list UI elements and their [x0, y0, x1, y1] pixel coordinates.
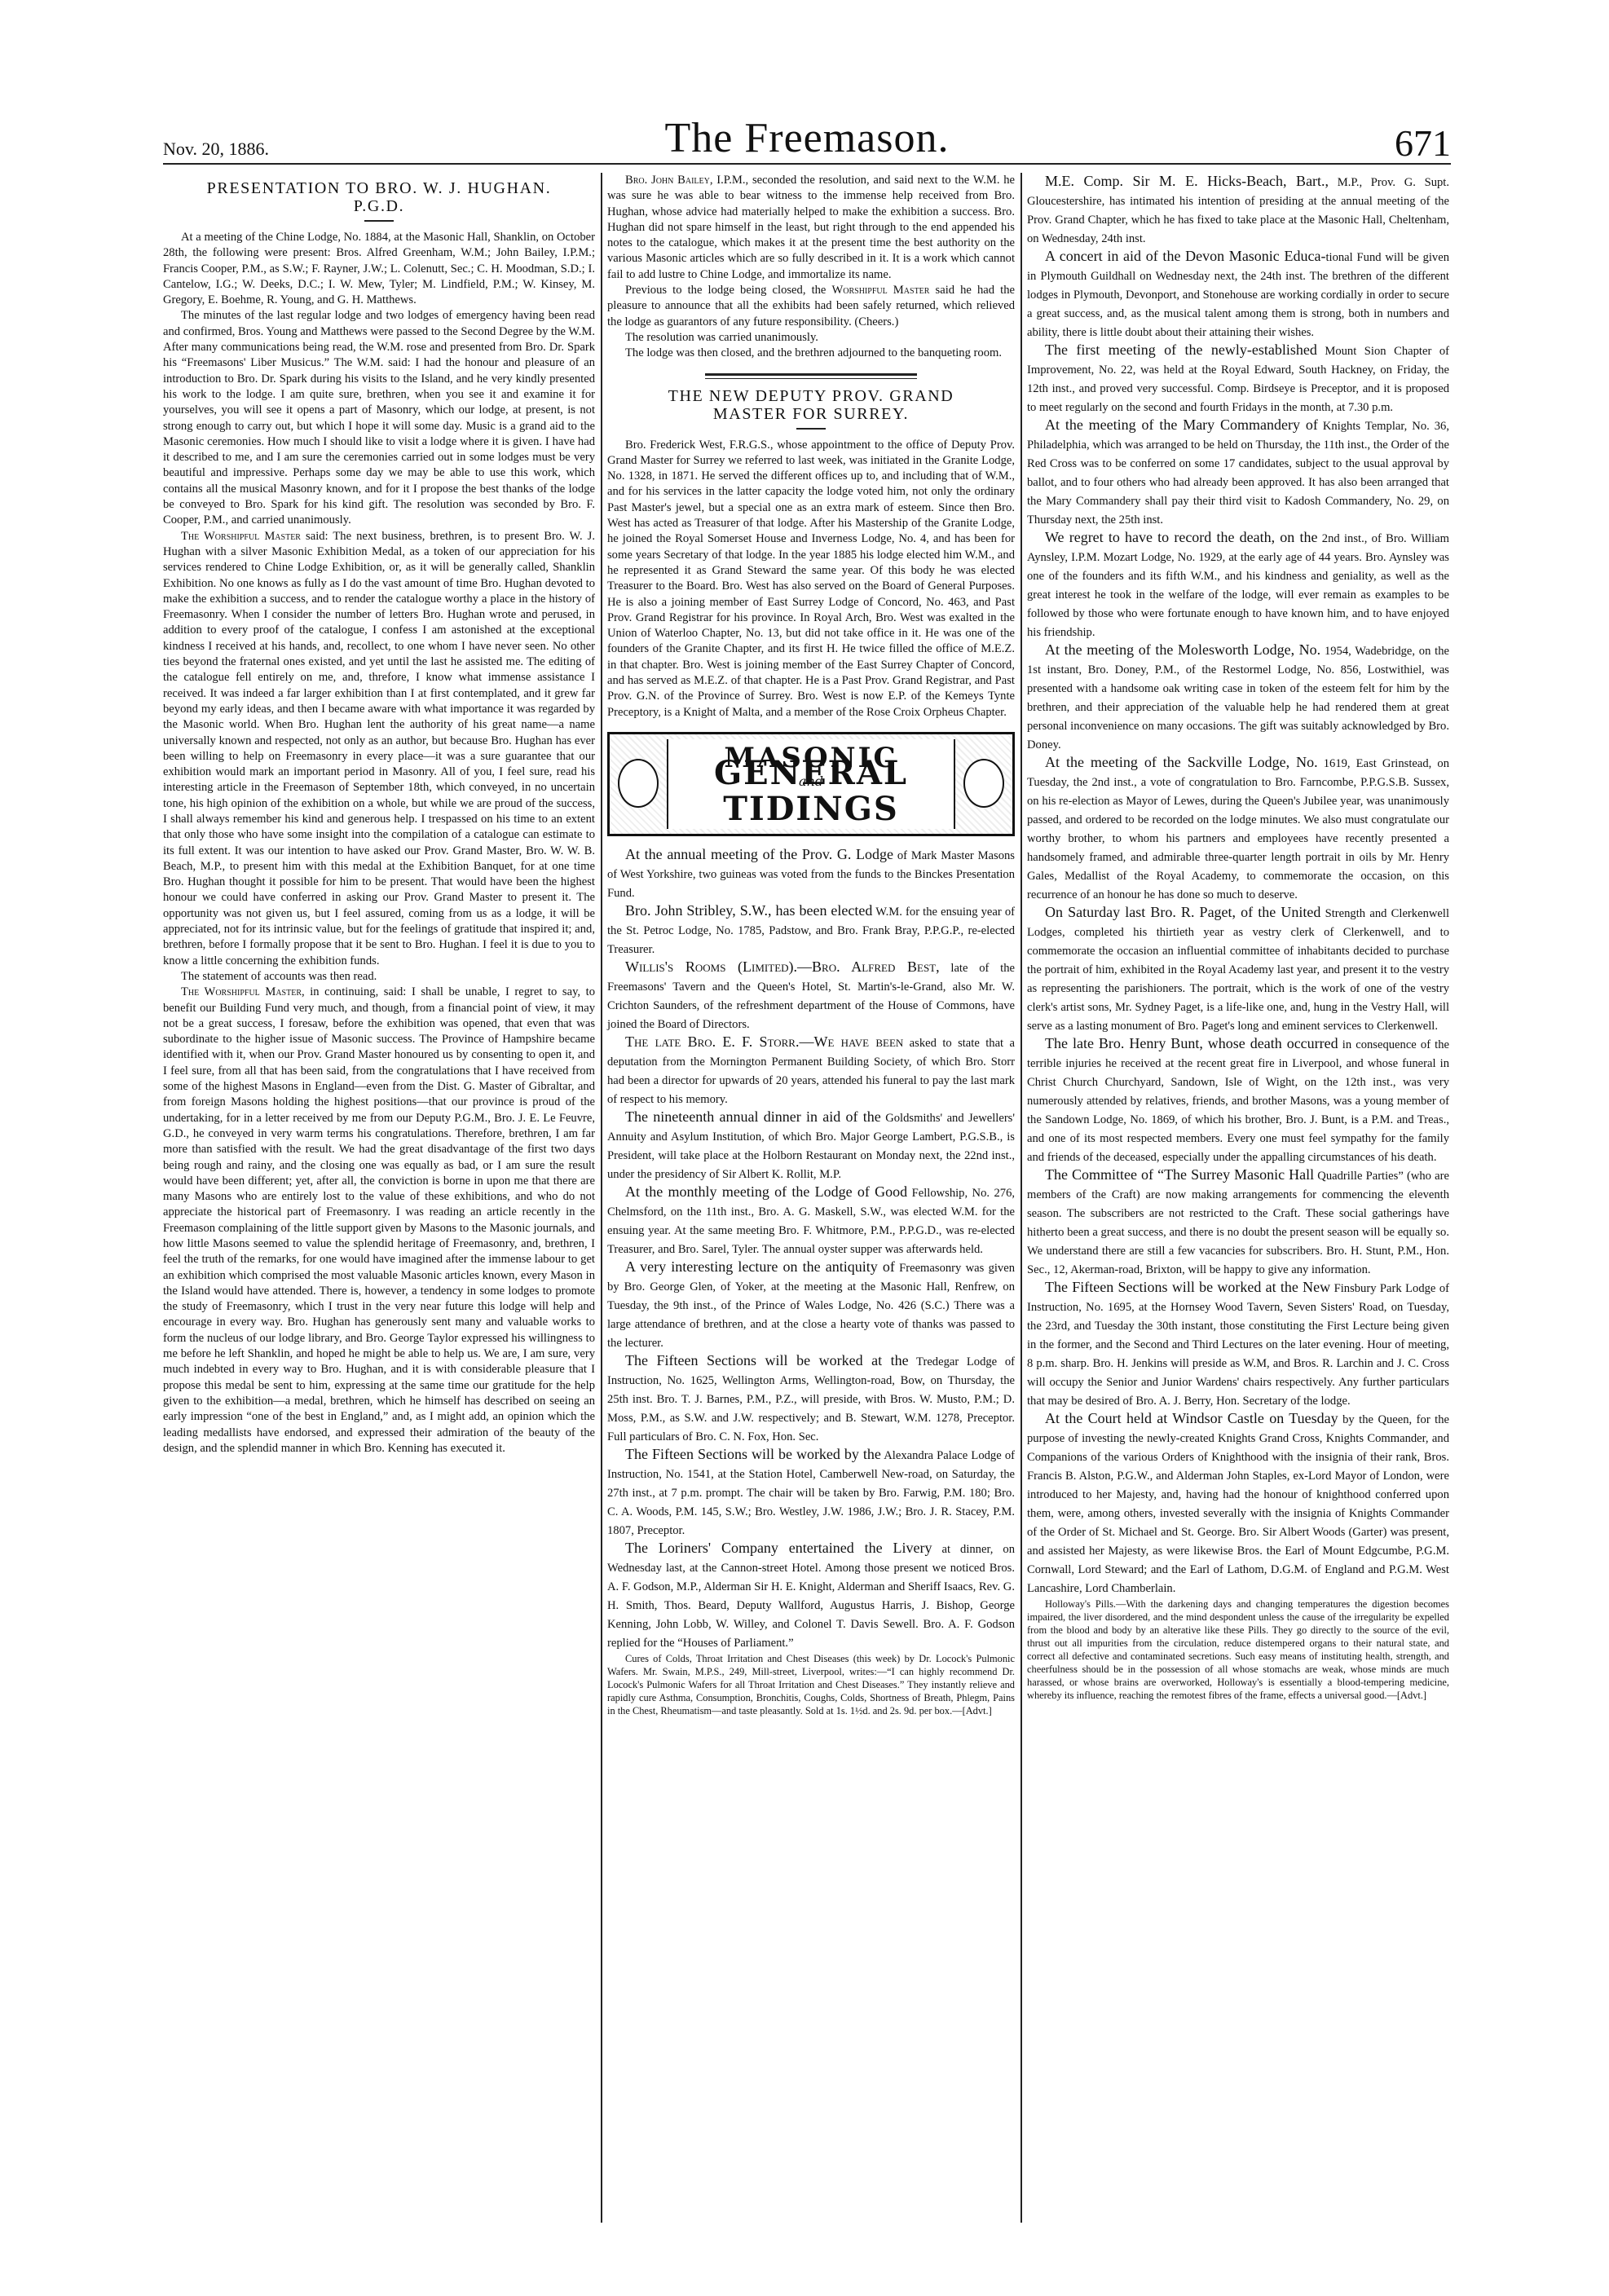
- headline-line: PRESENTATION TO BRO. W. J. HUGHAN.: [207, 179, 552, 197]
- column-3: M.E. Comp. Sir M. E. Hicks-Beach, Bart.,…: [1027, 173, 1449, 2235]
- news-lead: The late Bro. Henry Bunt, whose death oc…: [1045, 1035, 1338, 1051]
- news-lead: At the monthly meeting of the Lodge of G…: [625, 1183, 907, 1200]
- news-lead: M.E. Comp. Sir M. E. Hicks-Beach, Bart.,: [1045, 173, 1329, 189]
- news-text: 1954, Wadebridge, on the 1st instant, Br…: [1027, 645, 1449, 751]
- paragraph: The Worshipful Master said: The next bus…: [163, 529, 595, 969]
- news-lead: At the meeting of the Mary Commandery of: [1045, 416, 1318, 433]
- news-lead: Willis's Rooms (Limited).—Bro. Alfred Be…: [625, 959, 940, 975]
- news-lead: The Loriners' Company entertained the Li…: [625, 1540, 932, 1556]
- paragraph: The resolution was carried unanimously.: [607, 330, 1015, 346]
- news-text: Knights Templar, No. 36, Philadelphia, w…: [1027, 420, 1449, 527]
- news-item: The Loriners' Company entertained the Li…: [607, 1540, 1015, 1652]
- news-text: Alexandra Palace Lodge of Instruction, N…: [607, 1449, 1015, 1537]
- news-lead: At the meeting of the Molesworth Lodge, …: [1045, 641, 1320, 658]
- masthead: Nov. 20, 1886. The Freemason. 671: [163, 106, 1451, 165]
- newspaper-title: The Freemason.: [163, 114, 1451, 163]
- banner-panel: MASONIC and GENERAL TIDINGS: [667, 739, 955, 829]
- news-item: The first meeting of the newly-establish…: [1027, 342, 1449, 416]
- news-lead: The late Bro. E. F. Storr.—We have been: [625, 1033, 903, 1050]
- ornament-icon: [618, 759, 659, 808]
- paragraph: The statement of accounts was then read.: [163, 969, 595, 985]
- paragraph: The minutes of the last regular lodge an…: [163, 308, 595, 528]
- news-lead: The Fifteen Sections will be worked at t…: [625, 1352, 909, 1368]
- news-lead: The Fifteen Sections will be worked at t…: [1045, 1279, 1330, 1295]
- masonic-tidings-banner: MASONIC and GENERAL TIDINGS: [607, 732, 1015, 836]
- news-item: At the meeting of the Mary Commandery of…: [1027, 416, 1449, 529]
- news-item: The Fifteen Sections will be worked at t…: [1027, 1279, 1449, 1410]
- speaker-lead: The Worshipful Master: [181, 985, 302, 998]
- news-lead: The Committee of “The Surrey Masonic Hal…: [1045, 1166, 1314, 1183]
- paragraph-text: , I.P.M., seconded the resolution, and s…: [607, 174, 1015, 281]
- news-item: The late Bro. E. F. Storr.—We have been …: [607, 1033, 1015, 1108]
- news-item: The nineteenth annual dinner in aid of t…: [607, 1108, 1015, 1183]
- news-item: At the annual meeting of the Prov. G. Lo…: [607, 846, 1015, 902]
- paragraph: The Worshipful Master, in continuing, sa…: [163, 985, 595, 1456]
- news-lead: A very interesting lecture on the antiqu…: [625, 1258, 895, 1275]
- news-item: At the meeting of the Sackville Lodge, N…: [1027, 754, 1449, 904]
- news-item: We regret to have to record the death, o…: [1027, 529, 1449, 641]
- news-text: Finsbury Park Lodge of Instruction, No. …: [1027, 1282, 1449, 1408]
- paragraph: The lodge was then closed, and the breth…: [607, 346, 1015, 361]
- news-item: The late Bro. Henry Bunt, whose death oc…: [1027, 1035, 1449, 1166]
- news-lead: A concert in aid of the Devon Masonic Ed…: [1045, 248, 1325, 264]
- paragraph-text: Previous to the lodge being closed, the: [625, 284, 831, 297]
- news-lead: On Saturday last Bro. R. Paget, of the U…: [1045, 904, 1320, 920]
- news-text: Strength and Clerkenwell Lodges, complet…: [1027, 907, 1449, 1033]
- advertisement: Holloway's Pills.—With the darkening day…: [1027, 1598, 1449, 1702]
- news-text: Freemasonry was given by Bro. George Gle…: [607, 1262, 1015, 1350]
- news-lead: At the meeting of the Sackville Lodge, N…: [1045, 754, 1318, 770]
- paragraph: Bro. Frederick West, F.R.G.S., whose app…: [607, 438, 1015, 721]
- news-text: in consequence of the terrible injuries …: [1027, 1038, 1449, 1164]
- news-item: M.E. Comp. Sir M. E. Hicks-Beach, Bart.,…: [1027, 173, 1449, 248]
- section-dash: [796, 428, 826, 430]
- page-number: 671: [1395, 121, 1451, 165]
- news-item: At the Court held at Windsor Castle on T…: [1027, 1410, 1449, 1598]
- advertisement: Cures of Colds, Throat Irritation and Ch…: [607, 1652, 1015, 1717]
- news-lead: At the Court held at Windsor Castle on T…: [1045, 1410, 1338, 1426]
- speaker-lead: Worshipful Master: [831, 284, 929, 297]
- news-text: Quadrille Parties” (who are members of t…: [1027, 1170, 1449, 1276]
- ornament-icon: [963, 759, 1004, 808]
- speaker-lead: The Worshipful Master: [181, 530, 301, 543]
- news-item: On Saturday last Bro. R. Paget, of the U…: [1027, 904, 1449, 1035]
- news-item: The Fifteen Sections will be worked by t…: [607, 1446, 1015, 1540]
- section-divider: [705, 373, 917, 379]
- news-item: A concert in aid of the Devon Masonic Ed…: [1027, 248, 1449, 342]
- headline-line: THE NEW DEPUTY PROV. GRAND: [668, 387, 954, 405]
- news-lead: At the annual meeting of the Prov. G. Lo…: [625, 846, 893, 862]
- headline-line: MASTER FOR SURREY.: [607, 405, 1015, 423]
- news-text: 1619, East Grinstead, on Tuesday, the 2n…: [1027, 757, 1449, 901]
- news-item: At the monthly meeting of the Lodge of G…: [607, 1183, 1015, 1258]
- news-text: at dinner, on Wednesday last, at the Can…: [607, 1543, 1015, 1650]
- paragraph-text: said: The next business, brethren, is to…: [163, 530, 595, 967]
- article-headline-surrey: THE NEW DEPUTY PROV. GRAND MASTER FOR SU…: [607, 387, 1015, 423]
- column-rule: [1021, 173, 1022, 2223]
- paragraph: Previous to the lodge being closed, the …: [607, 283, 1015, 330]
- column-1: PRESENTATION TO BRO. W. J. HUGHAN. P.G.D…: [163, 173, 595, 2235]
- news-lead: Bro. John Stribley, S.W., has been elect…: [625, 902, 872, 919]
- column-2: Bro. John Bailey, I.P.M., seconded the r…: [607, 173, 1015, 2235]
- column-rule: [601, 173, 602, 2223]
- article-headline-hughan: PRESENTATION TO BRO. W. J. HUGHAN. P.G.D…: [163, 179, 595, 215]
- news-lead: The nineteenth annual dinner in aid of t…: [625, 1108, 881, 1125]
- news-item: The Committee of “The Surrey Masonic Hal…: [1027, 1166, 1449, 1279]
- news-lead: We regret to have to record the death, o…: [1045, 529, 1317, 545]
- news-text: by the Queen, for the purpose of investi…: [1027, 1413, 1449, 1595]
- banner-title-bottom: GENERAL TIDINGS: [668, 756, 954, 827]
- news-item: The Fifteen Sections will be worked at t…: [607, 1352, 1015, 1446]
- news-item: At the meeting of the Molesworth Lodge, …: [1027, 641, 1449, 754]
- paragraph-text: , in continuing, said: I shall be unable…: [163, 985, 595, 1455]
- news-item: Willis's Rooms (Limited).—Bro. Alfred Be…: [607, 959, 1015, 1033]
- news-text: tional Fund will be given in Plymouth Gu…: [1027, 251, 1449, 339]
- speaker-lead: Bro. John Bailey: [625, 174, 710, 187]
- news-text: 2nd inst., of Bro. William Aynsley, I.P.…: [1027, 532, 1449, 639]
- headline-line: P.G.D.: [163, 197, 595, 215]
- news-text: Tredegar Lodge of Instruction, No. 1625,…: [607, 1355, 1015, 1443]
- news-lead: The first meeting of the newly-establish…: [1045, 342, 1317, 358]
- news-item: A very interesting lecture on the antiqu…: [607, 1258, 1015, 1352]
- paragraph: Bro. John Bailey, I.P.M., seconded the r…: [607, 173, 1015, 283]
- news-lead: The Fifteen Sections will be worked by t…: [625, 1446, 881, 1462]
- section-dash: [364, 220, 394, 222]
- paragraph: At a meeting of the Chine Lodge, No. 188…: [163, 230, 595, 308]
- news-item: Bro. John Stribley, S.W., has been elect…: [607, 902, 1015, 959]
